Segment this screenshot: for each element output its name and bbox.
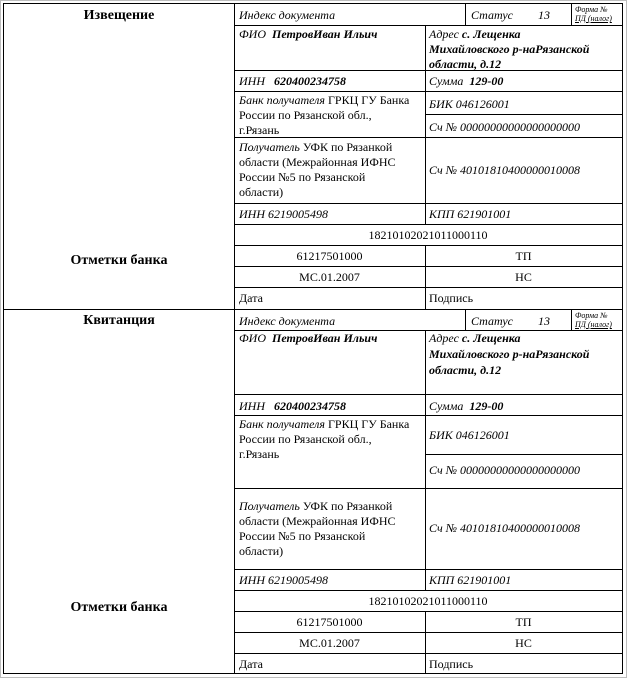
address-line1: с. Лещенка [462,27,521,41]
recipient-label: Получатель [239,499,300,513]
recipient-2: области (Межрайонная ИФНС [239,155,396,170]
address-field: Адрес с. Лещенка [429,331,521,346]
sum-value: 129-00 [469,74,503,88]
fio-label: ФИО [239,331,266,345]
doc-index-label: Индекс документа [239,8,335,23]
bank-label: Банк получателя [239,93,325,107]
kpp: КПП 621901001 [429,573,511,588]
inn-value: 620400234758 [274,74,346,88]
bank-field: Банк получателя ГРКЦ ГУ Банка [239,93,409,108]
fio-label: ФИО [239,27,266,41]
sum-field: Сумма 129-00 [429,399,503,414]
date-label: Дата [239,291,263,306]
tp-code: ТП [425,249,622,264]
address-line1: с. Лещенка [462,331,521,345]
recipient-field: Получатель УФК по Рязанкой [239,140,392,155]
kpp: КПП 621901001 [429,207,511,222]
inn-label: ИНН [239,74,265,88]
ns-code: НС [425,636,622,651]
sum-label: Сумма [429,74,463,88]
bank-value-1: ГРКЦ ГУ Банка [328,417,409,431]
sum-label: Сумма [429,399,463,413]
signature-label: Подпись [429,291,473,306]
recipient-1: УФК по Рязанкой [303,499,392,513]
recipient-inn: ИНН 6219005498 [239,573,328,588]
signature-label: Подпись [429,657,473,672]
address-label: Адрес [429,331,459,345]
bank-value-2: России по Рязанской обл., [239,108,372,123]
recipient-3: России №5 по Рязанской [239,529,365,544]
okato: 61217501000 [234,615,425,630]
period: МС.01.2007 [234,270,425,285]
status-label: Статус [471,314,513,329]
tp-code: ТП [425,615,622,630]
bank-marks-label: Отметки банка [4,600,234,615]
address-line2: Михайловского р-наРязанской [429,347,589,362]
address-line3: области, д.12 [429,363,501,378]
period: МС.01.2007 [234,636,425,651]
inn-field: ИНН 620400234758 [239,399,346,414]
bank-value-3: г.Рязань [239,123,279,138]
recipient-2: области (Межрайонная ИФНС [239,514,396,529]
form-type-label: ПД (налог) [575,320,612,329]
doc-index-label: Индекс документа [239,314,335,329]
form-type-label: ПД (налог) [575,14,612,23]
bank-value-3: г.Рязань [239,447,279,462]
bank-field: Банк получателя ГРКЦ ГУ Банка [239,417,409,432]
fio-field: ФИО ПетровИван Ильич [239,27,377,42]
recipient-4: области) [239,185,283,200]
recipient-inn: ИНН 6219005498 [239,207,328,222]
account-1: Сч № 00000000000000000000 [429,120,580,135]
section-notice: Извещение Отметки банка Индекс документа… [4,4,622,309]
bank-value-1: ГРКЦ ГУ Банка [328,93,409,107]
account-2: Сч № 40101810400000010008 [429,163,580,178]
okato: 61217501000 [234,249,425,264]
fio-value: ПетровИван Ильич [272,27,377,41]
recipient-3: России №5 по Рязанской [239,170,365,185]
recipient-field: Получатель УФК по Рязанкой [239,499,392,514]
status-label: Статус [471,8,513,23]
inn-value: 620400234758 [274,399,346,413]
account-2: Сч № 40101810400000010008 [429,521,580,536]
recipient-label: Получатель [239,140,300,154]
date-label: Дата [239,657,263,672]
sum-field: Сумма 129-00 [429,74,503,89]
recipient-1: УФК по Рязанкой [303,140,392,154]
address-field: Адрес с. Лещенка [429,27,521,42]
inn-field: ИНН 620400234758 [239,74,346,89]
form-number-label: Форма № [575,5,608,14]
section-receipt: Квитанция Отметки банка Индекс документа… [4,310,622,673]
bik: БИК 046126001 [429,428,510,443]
payment-form: Извещение Отметки банка Индекс документа… [3,3,623,674]
fio-value: ПетровИван Ильич [272,331,377,345]
sum-value: 129-00 [469,399,503,413]
bank-label: Банк получателя [239,417,325,431]
kbk: 18210102021011000110 [234,228,622,243]
address-label: Адрес [429,27,459,41]
bik: БИК 046126001 [429,97,510,112]
form-number-label: Форма № [575,311,608,320]
status-value: 13 [538,314,550,329]
receipt-title: Квитанция [4,313,234,328]
kbk: 18210102021011000110 [234,594,622,609]
notice-title: Извещение [4,8,234,23]
account-1: Сч № 00000000000000000000 [429,463,580,478]
inn-label: ИНН [239,399,265,413]
fio-field: ФИО ПетровИван Ильич [239,331,377,346]
address-line3: области, д.12 [429,57,501,72]
address-line2: Михайловского р-наРязанской [429,42,589,57]
ns-code: НС [425,270,622,285]
status-value: 13 [538,8,550,23]
recipient-4: области) [239,544,283,559]
bank-marks-label: Отметки банка [4,253,234,268]
bank-value-2: России по Рязанской обл., [239,432,372,447]
